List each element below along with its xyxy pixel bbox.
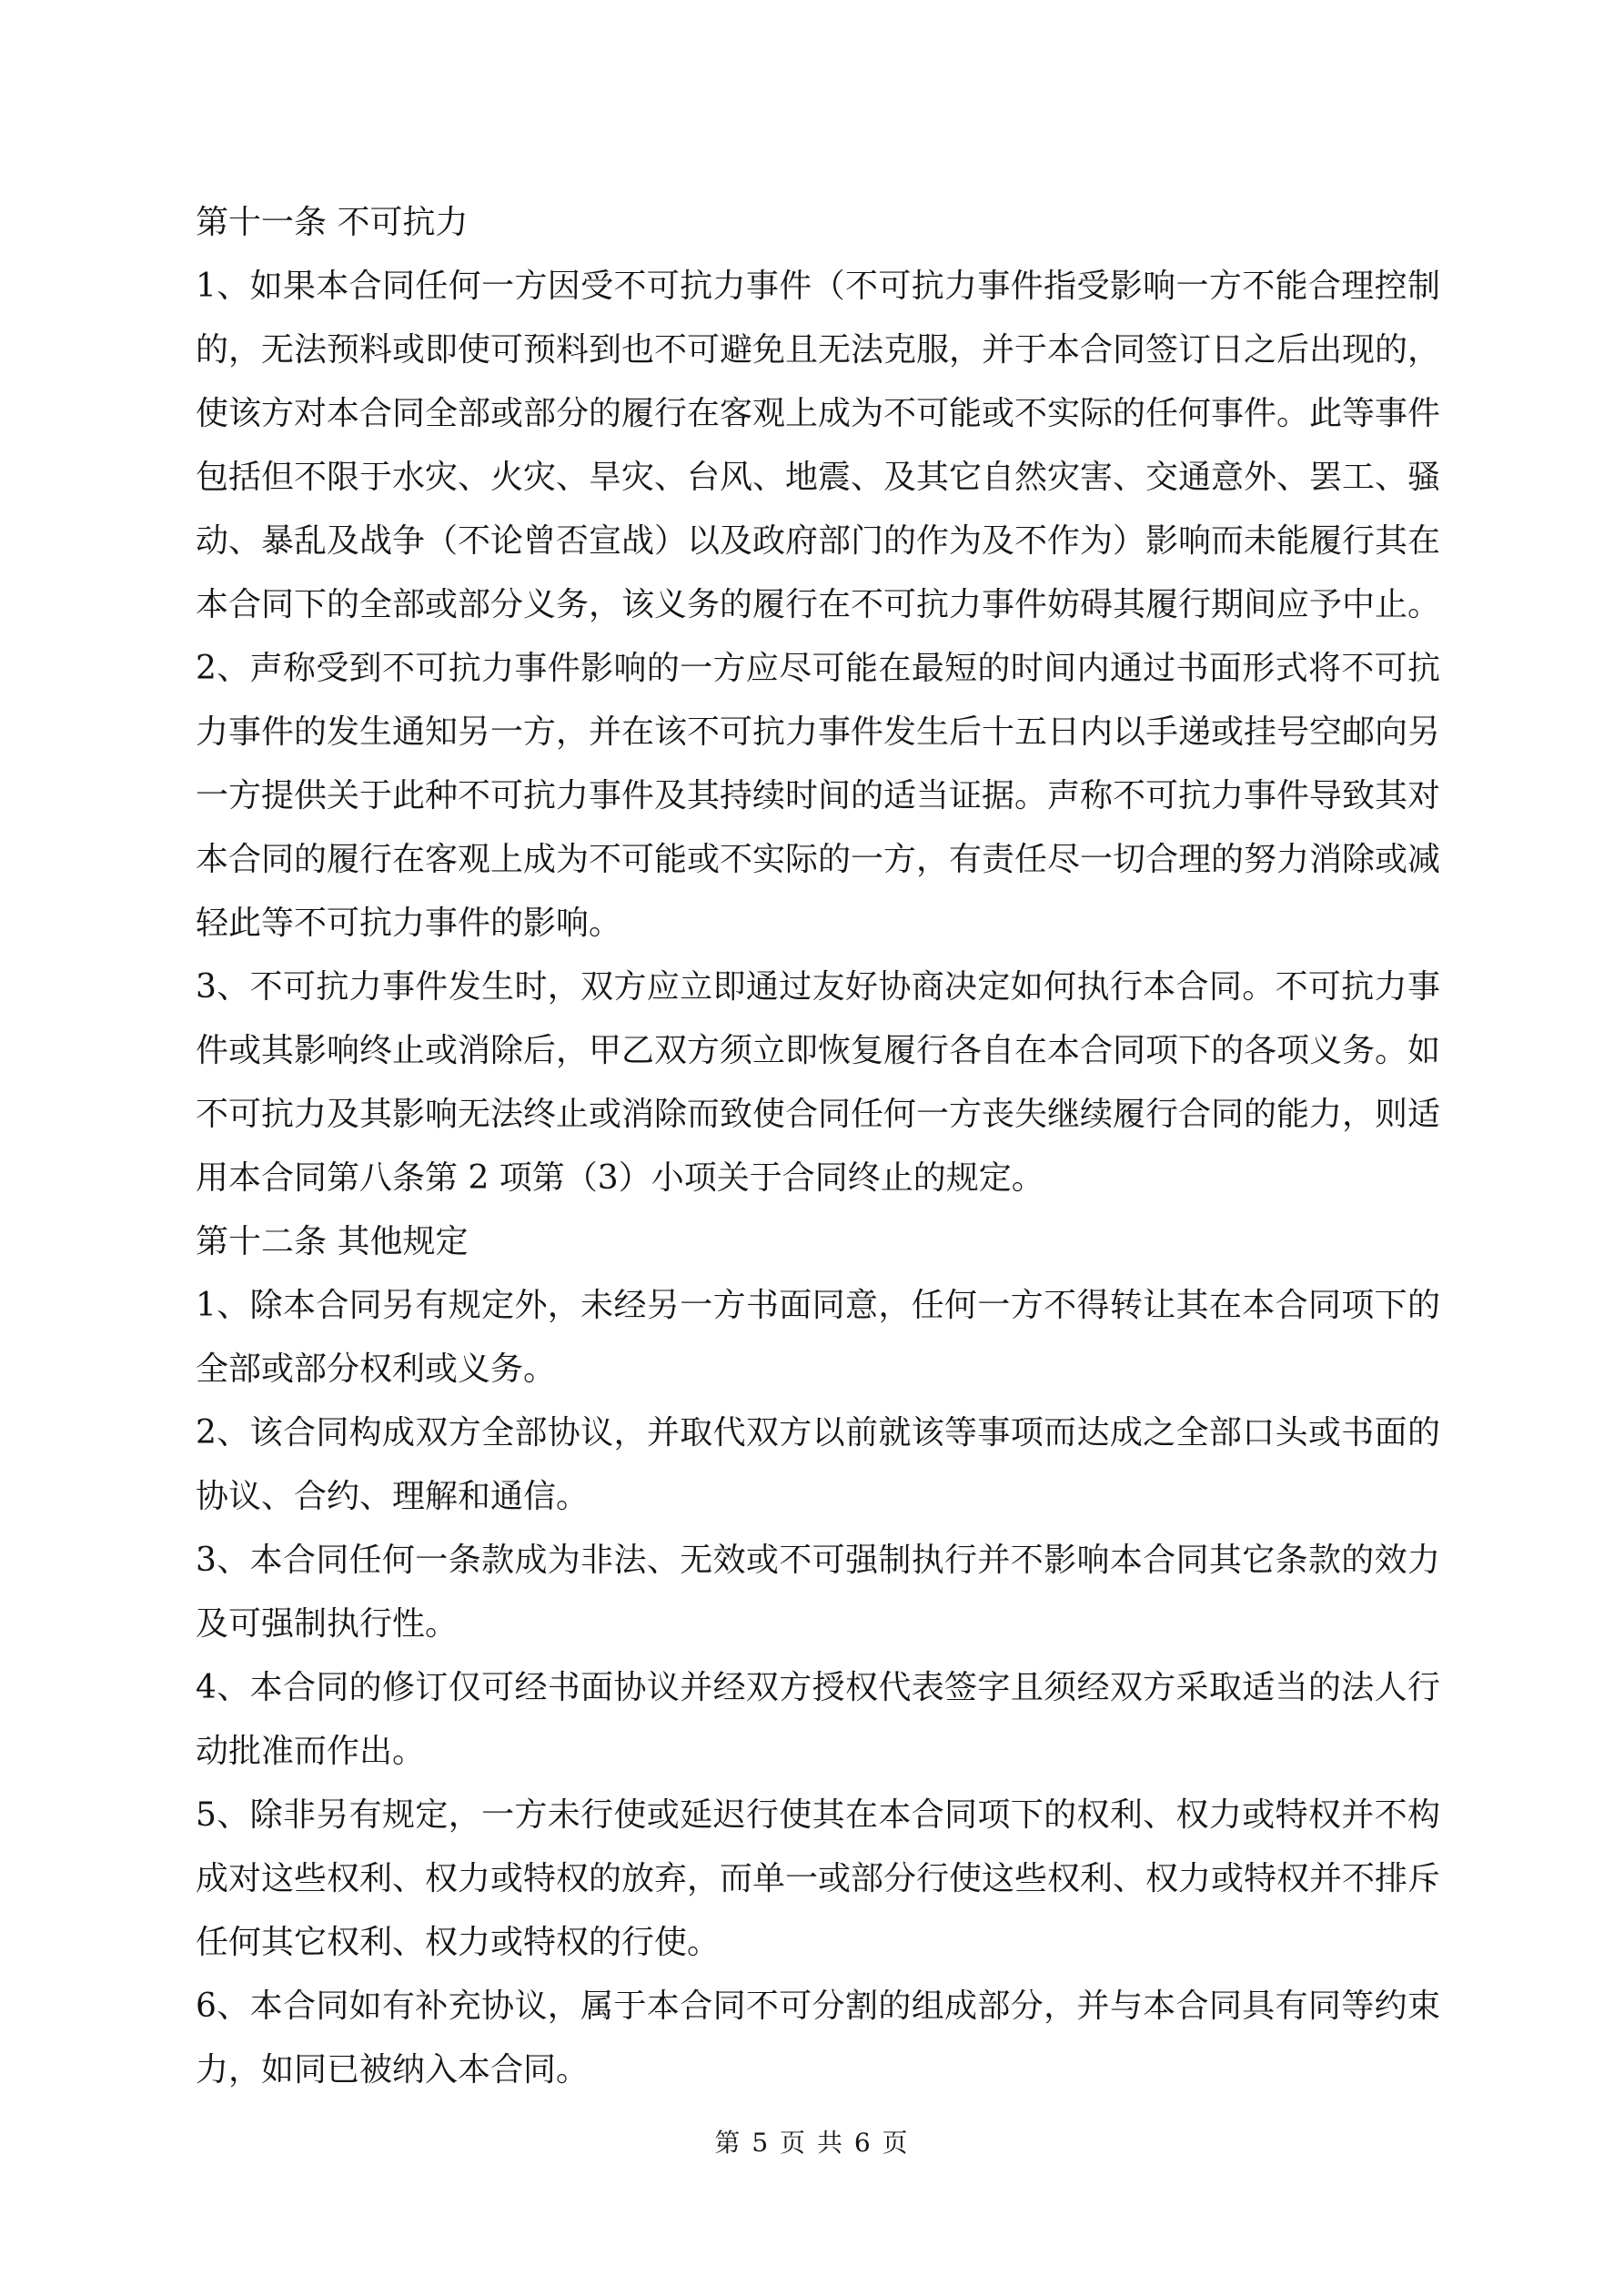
paragraph-misc-5: 5、除非另有规定，一方未行使或延迟行使其在本合同项下的权利、权力或特权并不构成对… (196, 1784, 1440, 1975)
paragraph-misc-6: 6、本合同如有补充协议，属于本合同不可分割的组成部分，并与本合同具有同等约束力，… (196, 1975, 1440, 2102)
section-heading-force-majeure: 第十一条 不可抗力 (196, 191, 1440, 255)
paragraph-misc-3: 3、本合同任何一条款成为非法、无效或不可强制执行并不影响本合同其它条款的效力及可… (196, 1529, 1440, 1656)
page-number-footer: 第 5 页 共 6 页 (0, 2123, 1624, 2163)
paragraph-force-majeure-1: 1、如果本合同任何一方因受不可抗力事件（不可抗力事件指受影响一方不能合理控制的，… (196, 255, 1440, 637)
paragraph-misc-2: 2、该合同构成双方全部协议，并取代双方以前就该等事项而达成之全部口头或书面的协议… (196, 1401, 1440, 1529)
document-page: 第十一条 不可抗力 1、如果本合同任何一方因受不可抗力事件（不可抗力事件指受影响… (0, 0, 1624, 2296)
paragraph-misc-4: 4、本合同的修订仅可经书面协议并经双方授权代表签字且须经双方采取适当的法人行动批… (196, 1656, 1440, 1784)
paragraph-force-majeure-3: 3、不可抗力事件发生时，双方应立即通过友好协商决定如何执行本合同。不可抗力事件或… (196, 956, 1440, 1210)
contract-body: 第十一条 不可抗力 1、如果本合同任何一方因受不可抗力事件（不可抗力事件指受影响… (196, 191, 1440, 2102)
section-heading-misc-provisions: 第十二条 其他规定 (196, 1210, 1440, 1274)
paragraph-force-majeure-2: 2、声称受到不可抗力事件影响的一方应尽可能在最短的时间内通过书面形式将不可抗力事… (196, 637, 1440, 956)
paragraph-misc-1: 1、除本合同另有规定外，未经另一方书面同意，任何一方不得转让其在本合同项下的全部… (196, 1274, 1440, 1401)
